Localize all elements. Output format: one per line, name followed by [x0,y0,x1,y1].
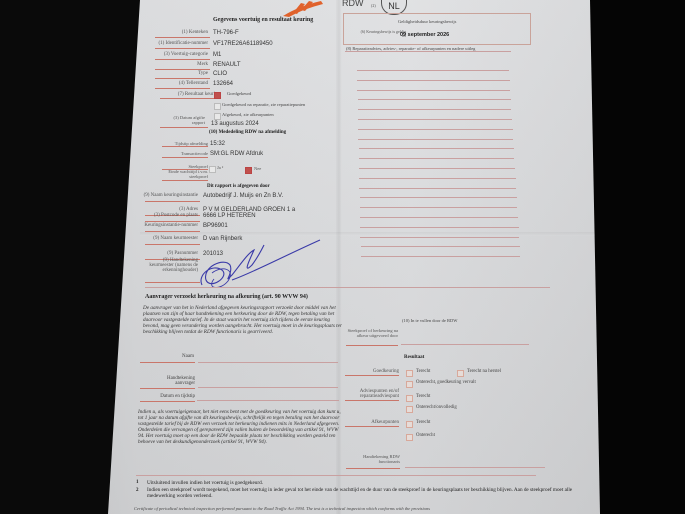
remarks-line[interactable] [360,217,518,218]
label-underline [346,345,398,346]
rdw-option-label: Terecht [416,420,430,425]
result-checkbox-rejected [214,113,221,120]
remarks-line[interactable] [360,237,519,238]
remarks-line[interactable] [359,188,516,189]
vehicle-field-label: Type [150,71,208,76]
rdw-option-label: Onterecht, goedkeuring vervalt [416,380,476,385]
issuer-field-label: (9) Handtekening keurmeester (namens de … [140,258,198,273]
issuer-field-label: Keuringsinstantie-nummer [140,223,198,228]
footnote-2-num: 2 [136,488,139,493]
rdw-row-label: Adviespunten en/of reparatieadviespunt [343,389,399,399]
signature-icon [192,235,322,295]
remarks-line[interactable] [359,168,515,169]
date-time-label: Datum en tijdstip [140,394,195,399]
rdw-section-title: (10) In te vullen door de RDW [402,318,458,323]
vehicle-field-label: (4) Tellerstand [150,81,208,86]
remarks-rule [345,51,511,52]
label-underline [345,375,399,376]
validity-label: (6) Keuringsbewijs is geldig tot [356,30,406,38]
rdw-checkbox[interactable] [406,434,413,441]
request-title: Aanvrager verzoekt herkeuring na afkeuri… [145,294,308,300]
issuer-field-label: (3) Postcode en plaats [140,213,198,218]
label-underline [155,78,210,79]
report-date: 13 augustus 2024 [211,121,259,127]
result-option-1: Goedgekeurd [227,91,251,96]
label-underline [145,221,200,222]
remarks-line[interactable] [360,227,518,228]
applicant-signature-label: Handtekening aanvrager [150,376,195,386]
label-underline [345,400,399,401]
rdw-checkbox[interactable] [457,370,464,377]
label-underline [145,201,200,202]
issuer-field-label: (9) Naam keurmeester [140,236,198,241]
trans-value: SM:GL RDW Afdruk [210,151,263,157]
footnote-1-num: 1 [136,480,139,485]
vehicle-field-value: M1 [213,52,221,58]
footnote-2-text: Indien een steekproef wordt toegekend, m… [147,487,597,499]
remarks-line[interactable] [358,139,513,140]
label-underline [155,48,210,49]
rdw-checkbox[interactable] [406,421,413,428]
spot-checkbox-yes [209,166,216,173]
remarks-line[interactable] [358,119,512,120]
remarks-line[interactable] [357,90,510,91]
issuer-field-value: Autobedrijf J. Muijs en Zn B.V. [203,193,283,199]
result-option-2: Goedgekeurd na reparatie, zie reparatiep… [222,102,305,107]
rdw-option-label: Terecht [416,369,430,374]
issuer-field-value: 6666 LP HETEREN [203,213,256,219]
rdw-option-label: Onterecht [416,433,435,438]
label-underline [155,88,210,89]
request-paragraph: De aanvrager van het in Nederland afgege… [143,305,343,335]
rdw-row-label: Afkeurpunten [343,420,399,425]
vehicle-field-value: TH-796-F [213,30,239,36]
label-underline [162,146,208,147]
trans-label: Transactiecode [160,151,208,156]
label-underline [162,180,208,181]
label-underline [160,127,208,128]
vehicle-field-label: (1) Kenteken [150,30,208,35]
rdw-logo-icon [265,0,325,18]
issuer-field-value: BP96901 [203,223,228,229]
time-value: 15:32 [210,141,225,147]
section-divider [145,287,550,288]
footnote-1-text: Uitsluitend invullen indien het voertuig… [147,480,263,486]
remarks-line[interactable] [358,129,512,130]
rdw-spot-field[interactable] [401,344,529,345]
label-underline [155,69,210,70]
spot-yes-label: Ja ² [217,165,223,170]
label-underline [140,401,195,402]
label-underline [145,231,200,232]
section-divider [136,475,536,476]
remarks-line[interactable] [359,178,515,179]
remarks-line[interactable] [357,80,509,81]
issuer-title: Dit rapport is afgegeven door [207,184,270,189]
vehicle-field-label: Merk [150,62,208,67]
remarks-line[interactable] [359,148,514,149]
brand-name: RDW [342,0,364,8]
remarks-line[interactable] [360,207,518,208]
name-field[interactable] [198,362,338,363]
validity-box-title: Geldigheidsduur keuringsbewijs [398,19,456,24]
remarks-line[interactable] [360,197,517,198]
label-underline [345,426,399,427]
vehicle-field-value: VF17RE26A61189450 [213,41,273,47]
left-title: Gegevens voertuig en resultaat keuring [213,17,313,23]
rdw-checkbox[interactable] [406,395,413,402]
spot-sub-label: Einde wachttijd i.v.m. steekproef [160,170,208,179]
vehicle-field-value: 132664 [213,81,233,87]
notification-title: (10) Mededeling RDW na afmelding [209,130,286,135]
remarks-line[interactable] [359,158,515,159]
rdw-option-label: Terecht [416,394,430,399]
label-underline [160,98,220,99]
label-underline [155,37,210,38]
rdw-option-label: Onterecht/onvolledig [416,405,457,410]
remarks-line[interactable] [357,70,509,71]
date-time-field[interactable] [197,400,339,401]
label-underline [346,468,400,469]
date-label: (3) Datum afgifte rapport [160,116,205,125]
name-label: Naam [168,354,194,359]
label-underline [155,59,210,60]
remarks-line[interactable] [358,109,512,110]
rdw-spot-label: Steekproef of herkeuring na afkeur uitge… [345,328,398,338]
english-note: Certificate of periodical technical insp… [134,506,430,511]
result-checkbox-repaired [214,103,221,110]
rdw-checkbox[interactable] [406,406,413,413]
result-checkbox-approved [214,92,221,99]
spot-no-label: Nee [254,166,261,171]
result-label: (7) Resultaat keuring [160,92,220,97]
rdw-option-label: Terecht na herstel [467,369,501,374]
vehicle-field-value: CLIO [213,71,227,77]
issuer-field-label: (9) Naam keuringsinstantie [140,193,198,198]
label-underline [140,388,195,389]
label-underline [140,362,195,363]
validity-date: 09 september 2026 [400,32,449,38]
remarks-line[interactable] [361,246,520,247]
applicant-signature-field[interactable] [198,387,338,388]
vehicle-field-value: RENAULT [213,62,241,68]
rdw-row-label: Goedkeuring [343,369,399,374]
result-option-3: Afgekeurd, zie afkeurpunten [222,112,274,117]
issuer-field-label: (3) Adres [140,207,198,212]
spot-checkbox-no [245,167,252,174]
rdw-checkbox[interactable] [406,370,413,377]
country-prefix: (2) [371,3,376,8]
vehicle-field-label: (1) Identificatie-nummer [150,41,208,46]
label-underline [162,157,208,158]
vehicle-field-label: (3) Voertuig-categorie [150,52,208,57]
rdw-result-title: Resultaat [404,355,424,360]
owner-paragraph: Indien u, als voertuigeigenaar, het niet… [138,409,343,445]
rdw-signature-field[interactable] [405,467,545,468]
rdw-checkbox[interactable] [406,381,413,388]
issuer-field-label: (9) Pasnummer [140,251,198,256]
remarks-line[interactable] [358,99,511,100]
remarks-line[interactable] [361,256,521,257]
rdw-signature-label: Handtekening RDW functionaris [350,454,400,464]
